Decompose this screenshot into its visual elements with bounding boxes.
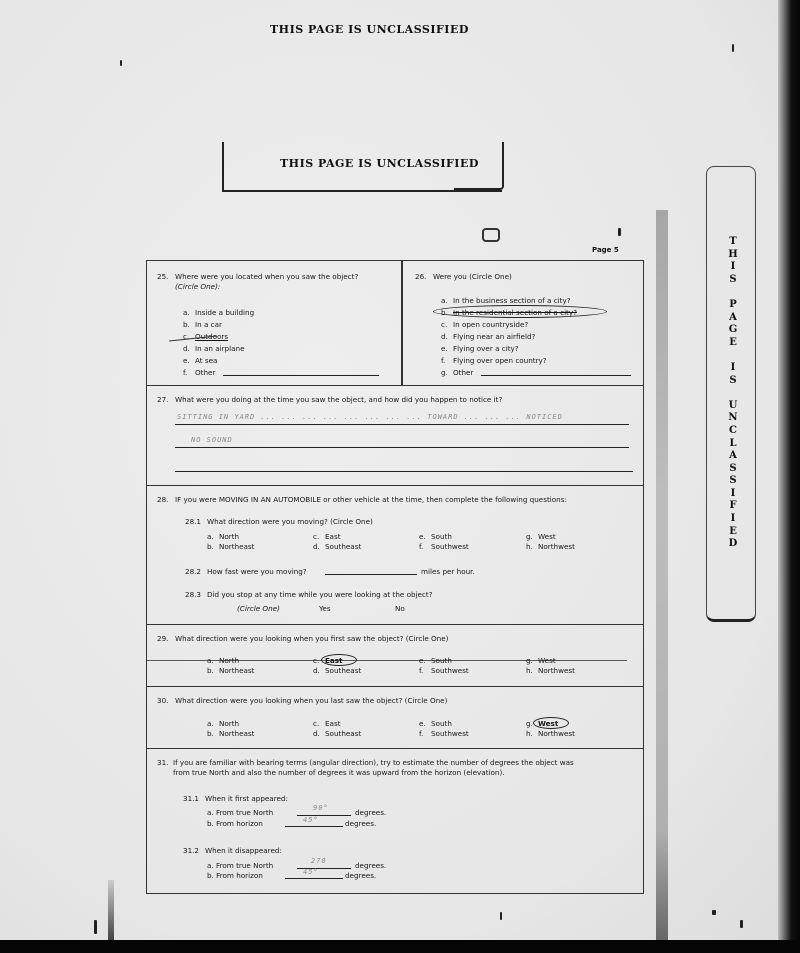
q31-1-b-label: b. From horizon [207,819,263,828]
side-stamp-letter [727,349,739,362]
section-27: 27. What were you doing at the time you … [147,386,643,486]
side-stamp-letter: E [727,337,739,350]
side-classification-stamp: THIS PAGE IS UNCLASSIFIED [727,236,739,551]
section-30: 30. What direction were you looking when… [147,687,643,749]
q28-2-speed-field[interactable] [325,574,417,575]
side-stamp-letter: F [727,500,739,513]
scanned-page: THIS PAGE IS UNCLASSIFIED THIS PAGE IS U… [0,0,800,953]
q28-1-number: 28.1 [185,517,201,526]
q31-question-line-2: from true North and also the number of d… [173,768,505,777]
q31-1-label: When it first appeared: [205,794,288,803]
scan-speck [500,912,502,920]
q31-2-a-label: a. From true North [207,861,273,870]
q31-2-a-value: 270 [311,857,327,865]
q27-answer-line-1[interactable]: SITTING IN YARD ... ... ... ... ... ... … [177,413,563,421]
q30-circle-mark [533,717,569,729]
side-stamp-letter: A [727,312,739,325]
scan-speck [94,920,97,934]
q26-other-field[interactable] [481,375,631,376]
page-number: Page 5 [592,246,619,254]
q27-answer-line-2[interactable]: NO SOUND [191,436,233,444]
scan-speck [618,228,621,236]
q29-question: What direction were you looking when you… [175,634,448,643]
side-stamp-letter: N [727,412,739,425]
side-stamp-letter: L [727,438,739,451]
q30-question: What direction were you looking when you… [175,696,447,705]
q27-question: What were you doing at the time you saw … [175,395,502,404]
side-stamp-letter [727,286,739,299]
side-stamp-letter: I [727,513,739,526]
scan-speck [740,920,743,928]
q30-number: 30. [157,696,168,705]
side-stamp-letter: S [727,274,739,287]
classification-stamp-middle: THIS PAGE IS UNCLASSIFIED [280,157,479,170]
q26-number: 26. [415,272,426,281]
page-fold-shadow [656,210,668,940]
scan-speck [732,44,734,52]
side-stamp-letter: S [727,475,739,488]
side-stamp-letter: S [727,463,739,476]
side-stamp-letter: I [727,362,739,375]
q31-1-a-unit: degrees. [355,808,386,817]
q27-number: 27. [157,395,168,404]
side-stamp-letter: E [727,526,739,539]
q29-number: 29. [157,634,168,643]
q31-number: 31. [157,758,168,767]
section-31: 31. If you are familiar with bearing ter… [147,749,643,893]
q27-line-3[interactable] [175,471,633,472]
q31-2-label: When it disappeared: [205,846,282,855]
q31-1-a-value: 90° [313,804,329,812]
side-stamp-letter: A [727,450,739,463]
scan-speck [120,60,122,66]
side-stamp-letter: D [727,538,739,551]
q28-number: 28. [157,495,168,504]
q31-1-b-unit: degrees. [345,819,376,828]
q28-2-question: How fast were you moving? [207,567,307,576]
section-28: 28. IF you were MOVING IN AN AUTOMOBILE … [147,486,643,625]
q25-number: 25. [157,272,168,281]
q31-2-b-unit: degrees. [345,871,376,880]
q31-1-number: 31.1 [183,794,199,803]
q28-3-number: 28.3 [185,590,201,599]
side-stamp-letter: H [727,249,739,262]
q28-2-unit: miles per hour. [421,567,475,576]
side-stamp-letter: U [727,400,739,413]
side-stamp-letter [727,387,739,400]
side-stamp-letter: G [727,324,739,337]
column-divider [401,261,403,386]
q31-2-b-label: b. From horizon [207,871,263,880]
q29-circle-mark [321,654,357,666]
side-stamp-letter: T [727,236,739,249]
q28-3-option-no[interactable]: No [395,604,405,613]
q31-2-number: 31.2 [183,846,199,855]
side-stamp-letter: I [727,488,739,501]
q26-question: Were you (Circle One) [433,272,512,281]
scan-speck [712,910,716,915]
q27-line-2 [175,447,629,448]
q28-3-question: Did you stop at any time while you were … [207,590,433,599]
classification-stamp-top: THIS PAGE IS UNCLASSIFIED [270,23,469,36]
scan-edge-mark [108,880,114,940]
q27-line-1 [175,424,629,425]
q31-1-b-value: 45° [303,816,319,824]
q31-1-a-label: a. From true North [207,808,273,817]
q28-1-question: What direction were you moving? (Circle … [207,517,373,526]
q31-2-a-unit: degrees. [355,861,386,870]
side-stamp-letter: C [727,425,739,438]
hole-punch-mark [482,228,500,242]
scan-edge-bottom [0,940,800,953]
side-stamp-letter: I [727,261,739,274]
q28-3-option-yes[interactable]: Yes [319,604,331,613]
q25-instruction: (Circle One): [175,282,220,291]
q31-2-b-value: 45° [303,868,319,876]
q26-circle-mark [433,305,607,318]
q25-other-field[interactable] [223,375,379,376]
q28-3-instruction: (Circle One) [237,604,280,613]
side-stamp-letter: S [727,375,739,388]
q28-2-number: 28.2 [185,567,201,576]
questionnaire-form: 25. Where were you located when you saw … [146,260,644,894]
q28-question: IF you were MOVING IN AN AUTOMOBILE or o… [175,495,567,504]
scan-edge-right [778,0,800,953]
section-25-26: 25. Where were you located when you saw … [147,261,643,386]
section-29: 29. What direction were you looking when… [147,625,643,687]
q31-question-line-1: If you are familiar with bearing terms (… [173,758,574,767]
q31-1-b-field[interactable] [285,826,343,827]
q31-2-b-field[interactable] [285,878,343,879]
side-stamp-letter: P [727,299,739,312]
q25-question: Where were you located when you saw the … [175,272,358,281]
